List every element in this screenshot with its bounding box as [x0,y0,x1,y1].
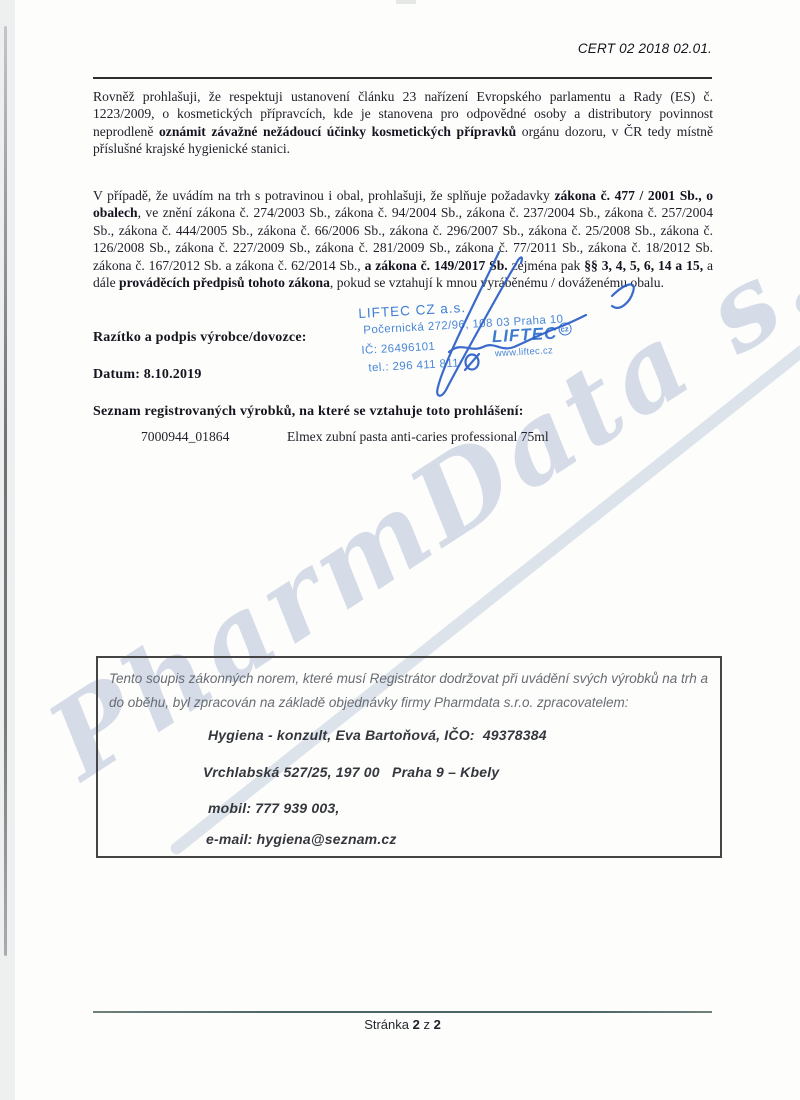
registrar-intro-text: Tento soupis zákonných norem, které musí… [109,667,709,715]
contact-name: Hygiena - konzult, Eva Bartoňová, IČO: 4… [208,727,547,743]
date-line: Datum: 8.10.2019 [93,367,202,383]
product-code: 7000944_01864 [141,429,229,445]
document-code: CERT 02 2018 02.01. [93,41,712,56]
product-name: Elmex zubní pasta anti-caries profession… [287,429,549,445]
footer-page-number: 2 [413,1017,420,1032]
scanned-document-page: PharmData s. r. o. CERT 02 2018 02.01. R… [0,0,800,1100]
paragraph-cosmetics-declaration: Rovněž prohlašuji, že respektuji ustanov… [93,88,713,158]
para2-text: V případě, že uvádím na trh s potravinou… [93,188,554,203]
footer-separator: z [420,1017,434,1032]
footer-page-total: 2 [434,1017,441,1032]
para2-implementing-rules: prováděcích předpisů tohoto zákona [119,275,330,290]
footer-label: Stránka [364,1017,412,1032]
page-number-footer: Stránka 2 z 2 [93,1017,712,1032]
contact-email: e-mail: hygiena@seznam.cz [206,831,397,847]
contact-mobile: mobil: 777 939 003, [208,800,339,816]
footer-divider [93,1011,712,1013]
registrar-info-box: Tento soupis zákonných norem, které musí… [96,656,722,858]
handwritten-signature [408,242,648,412]
stamp-signature-heading: Razítko a podpis výrobce/dovozce: [93,330,307,346]
document-content: CERT 02 2018 02.01. Rovněž prohlašuji, ž… [0,0,800,1100]
header-divider [93,77,712,79]
contact-address: Vrchlabská 527/25, 197 00 Praha 9 – Kbel… [203,764,499,780]
para1-bold-phrase: oznámit závažné nežádoucí účinky kosmeti… [159,124,516,139]
